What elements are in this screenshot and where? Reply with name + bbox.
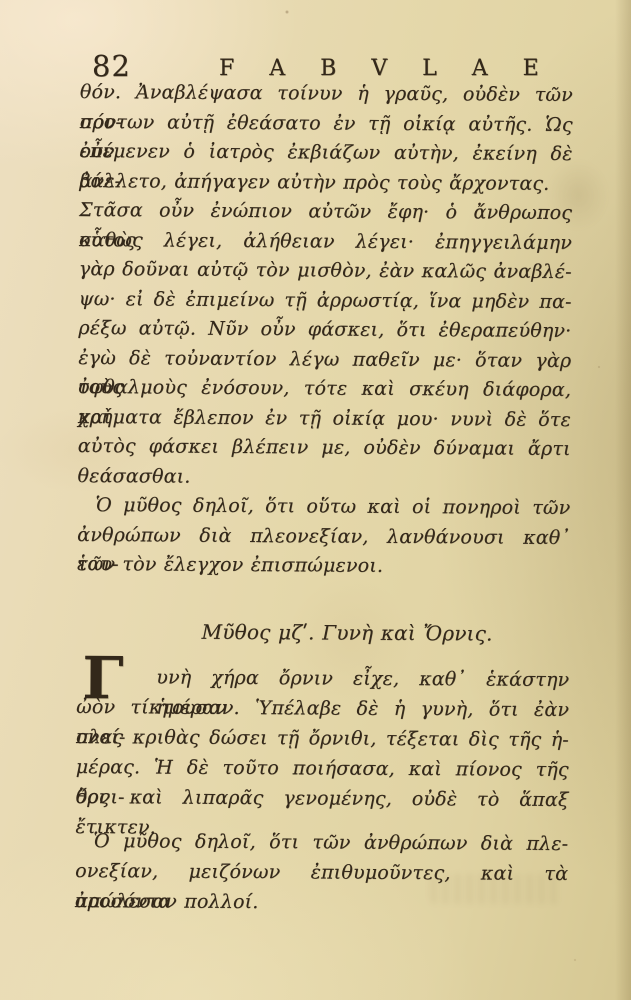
text-line: θόν. Ἀναβλέψασα τοίνυν ἡ γραῦς, οὐδὲν τῶ… [80, 78, 573, 111]
book-page: 82 F A B V L A E θόν. Ἀναβλέψασα τοίνυν … [0, 0, 631, 1000]
text-line: ονεξίαν, μειζόνων ἐπιθυμοῦντες, καὶ τὰ π… [75, 855, 568, 888]
text-line: αὐτὸς φάσκει βλέπειν με, οὐδὲν δύναμαι ἄ… [78, 432, 571, 465]
text-line: ἐπέμενεν ὁ ἰατρὸς ἐκβιάζων αὐτὴν, ἐκείνη… [79, 137, 572, 170]
fable-46-text: θόν. Ἀναβλέψασα τοίνυν ἡ γραῦς, οὐδὲν τῶ… [77, 78, 573, 494]
text-line: ἐγὼ δὲ τοὐναντίον λέγω παθεῖν με· ὅταν γ… [78, 343, 571, 376]
text-line: ἀπώλεσαν πολλοί. [75, 885, 568, 918]
fable-46-moral: Ὁ μῦθος δηλοῖ, ὅτι οὕτω καὶ οἱ πονηροὶ τ… [77, 491, 571, 583]
text-line: Στᾶσα οὖν ἐνώπιον αὐτῶν ἔφη· ὁ ἄνθρωπος … [79, 196, 572, 229]
text-line: Ὁ μῦθος δηλοῖ, ὅτι οὕτω καὶ οἱ πονηροὶ τ… [77, 491, 570, 524]
text-line: ὠὸν τίκτουσαν. Ὑπέλαβε δὲ ἡ γυνὴ, ὅτι ἐὰ… [76, 691, 569, 724]
text-line: βάλλετο, ἀπήγαγεν αὐτὴν πρὸς τοὺς ἄρχοντ… [79, 166, 572, 199]
text-block: θόν. Ἀναβλέψασα τοίνυν ἡ γραῦς, οὐδὲν τῶ… [75, 78, 573, 918]
text-line: ἀνθρώπων διὰ πλεονεξίαν, λανθάνουσι καθ᾽… [77, 520, 570, 553]
text-line: μέρας. Ἡ δὲ τοῦτο ποιήσασα, καὶ πίονος τ… [76, 751, 569, 784]
text-line: υνὴ χήρα ὄρνιν εἶχε, καθ᾽ ἑκάστην ἡμέραν [76, 661, 569, 694]
text-line: θος καὶ λιπαρᾶς γενομένης, οὐδὲ τὸ ἅπαξ … [76, 781, 569, 814]
drop-cap-initial: Γ [82, 649, 124, 707]
running-title: F A B V L A E [219, 56, 553, 81]
text-line: καθὼς λέγει, ἀλήθειαν λέγει· ἐπηγγειλάμη… [79, 225, 572, 258]
text-line: γὰρ δοῦναι αὐτῷ τὸν μισθὸν, ἐὰν καλῶς ἀν… [79, 255, 572, 288]
text-line: τῶν τὸν ἔλεγχον ἐπισπώμενοι. [77, 550, 570, 583]
page-edge-shadow [615, 0, 631, 1000]
text-line: ρέξω αὐτῷ. Νῦν οὖν φάσκει, ὅτι ἐθεραπεύθ… [78, 314, 571, 347]
text-line: χρήματα ἔβλεπον ἐν τῇ οἰκίᾳ μου· νυνὶ δὲ… [78, 402, 571, 435]
text-line: σόντων αὐτῇ ἐθεάσατο ἐν τῇ οἰκίᾳ αὐτῆς. … [80, 107, 573, 140]
text-line: ψω· εἰ δὲ ἐπιμείνω τῇ ἀρρωστίᾳ, ἵνα μηδὲ… [79, 284, 572, 317]
text-line: θεάσασθαι. [77, 461, 570, 494]
text-line: ὀφθαλμοὺς ἐνόσουν, τότε καὶ σκέυη διάφορ… [78, 373, 571, 406]
fable-47-heading: Μῦθος μζʹ. Γυνὴ καὶ Ὄρνις. [77, 615, 570, 648]
text-line: ονας κριθὰς δώσει τῇ ὄρνιθι, τέξεται δὶς… [76, 721, 569, 754]
fable-47-text: Γ υνὴ χήρα ὄρνιν εἶχε, καθ᾽ ἑκάστην ἡμέρ… [76, 661, 570, 814]
